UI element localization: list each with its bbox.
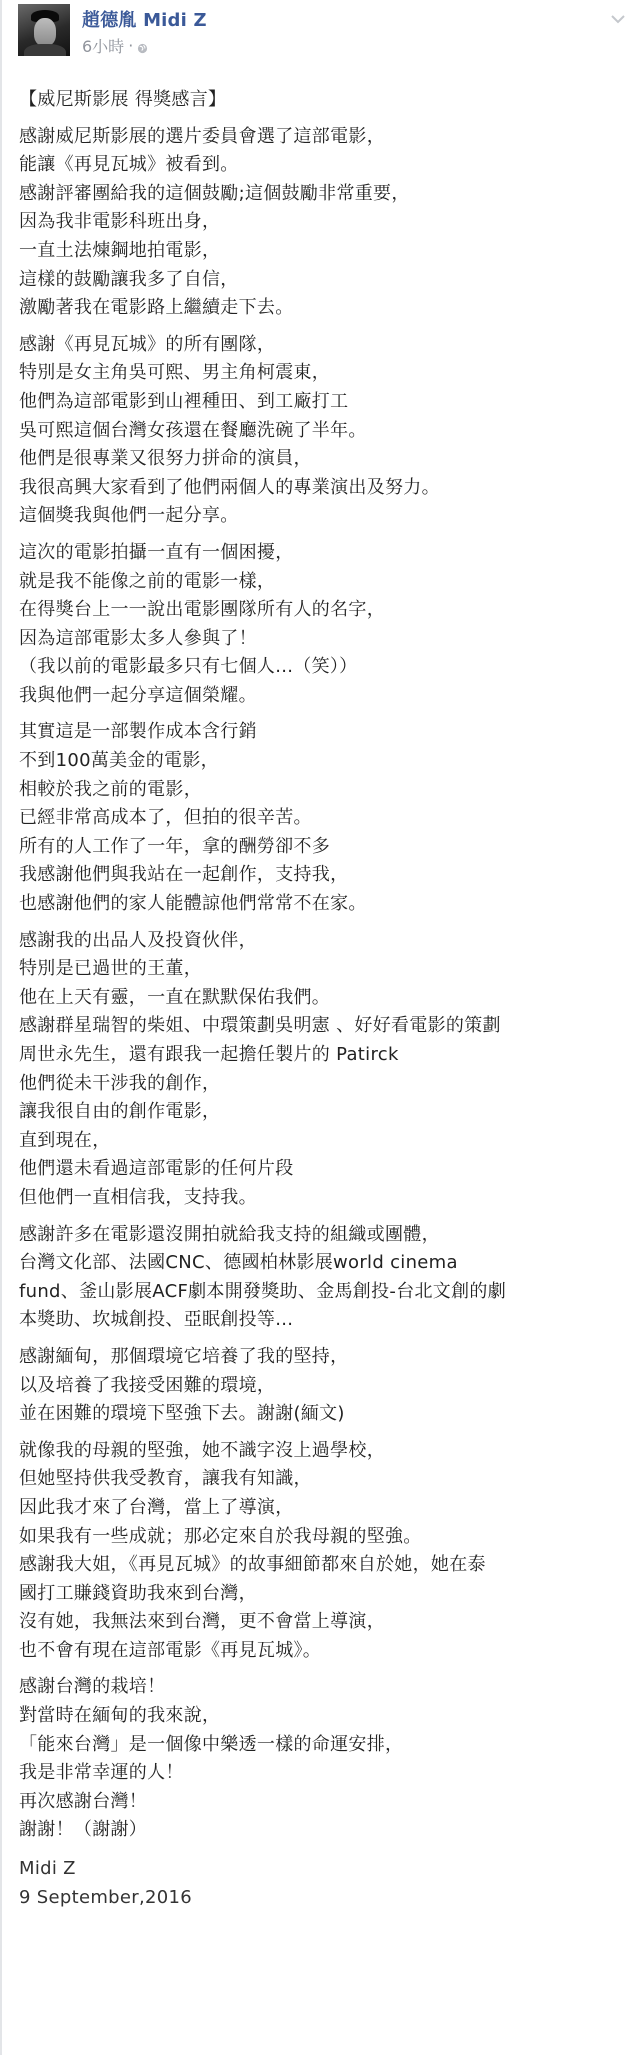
chevron-down-icon[interactable] (610, 10, 626, 22)
post-paragraph: 這次的電影拍攝一直有一個困擾，就是我不能像之前的電影一樣，在得獎台上一一說出電影… (19, 539, 629, 711)
post-text-line: 因為我非電影科班出身， (19, 208, 629, 237)
avatar-body-shape (24, 44, 66, 56)
post-text-line: 特別是已過世的王董， (19, 955, 629, 984)
post-text-line: 感謝台灣的栽培！ (19, 1673, 629, 1702)
post-text-line: 也不會有現在這部電影《再見瓦城》。 (19, 1637, 629, 1666)
post-text-line: 他們是很專業又很努力拼命的演員， (19, 445, 629, 474)
post-text-line: 再次感謝台灣！ (19, 1788, 629, 1817)
post-text-line: 直到現在， (19, 1127, 629, 1156)
post-text-line: 相較於我之前的電影， (19, 776, 629, 805)
signature-name: Midi Z (19, 1855, 629, 1884)
post-body: 【威尼斯影展 得獎感言】 感謝威尼斯影展的選片委員會選了這部電影，能讓《再見瓦城… (19, 86, 629, 1912)
post-text-line: 我很高興大家看到了他們兩個人的專業演出及努力。 (19, 474, 629, 503)
post-text-line: 以及培養了我接受困難的環境， (19, 1372, 629, 1401)
post-text-line: 沒有她，我無法來到台灣，更不會當上導演， (19, 1608, 629, 1637)
post-text-line: 他們從未干涉我的創作， (19, 1070, 629, 1099)
post-text-line: 不到100萬美金的電影， (19, 747, 629, 776)
post-paragraph: 其實這是一部製作成本含行銷不到100萬美金的電影，相較於我之前的電影，已經非常高… (19, 718, 629, 918)
post-text-line: 這次的電影拍攝一直有一個困擾， (19, 539, 629, 568)
post-text-line: （我以前的電影最多只有七個人...（笑）） (19, 653, 629, 682)
post-paragraph: 感謝緬甸，那個環境它培養了我的堅持，以及培養了我接受困難的環境，並在困難的環境下… (19, 1343, 629, 1429)
post-text-line: 其實這是一部製作成本含行銷 (19, 718, 629, 747)
signature-date: 9 September,2016 (19, 1884, 629, 1913)
post-text-line: 感謝威尼斯影展的選片委員會選了這部電影， (19, 123, 629, 152)
post-text-line: 我感謝他們與我站在一起創作，支持我， (19, 861, 629, 890)
author-name-link[interactable]: 趙德胤 Midi Z (82, 6, 207, 32)
post-text-line: 周世永先生，還有跟我一起擔任製片的 Patirck (19, 1041, 629, 1070)
post-text-line: 台灣文化部、法國CNC、德國柏林影展world cinema (19, 1249, 629, 1278)
meta-separator: · (128, 36, 133, 55)
post-text-line: 感謝評審團給我的這個鼓勵;這個鼓勵非常重要， (19, 180, 629, 209)
post-paragraph: 感謝台灣的栽培！對當時在緬甸的我來說，「能來台灣」是一個像中樂透一樣的命運安排，… (19, 1673, 629, 1845)
post-text-line: 但她堅持供我受教育，讓我有知識， (19, 1465, 629, 1494)
post-text-line: 激勵著我在電影路上繼續走下去。 (19, 294, 629, 323)
post-text-line: 吳可熙這個台灣女孩還在餐廳洗碗了半年。 (19, 417, 629, 446)
post-paragraph: 感謝我的出品人及投資伙伴，特別是已過世的王董，他在上天有靈，一直在默默保佑我們。… (19, 927, 629, 1213)
post-text-line: 所有的人工作了一年，拿的酬勞卻不多 (19, 833, 629, 862)
globe-icon[interactable] (137, 39, 148, 50)
post-text-line: 這個獎我與他們一起分享。 (19, 502, 629, 531)
post-text-line: 感謝我的出品人及投資伙伴， (19, 927, 629, 956)
signature: Midi Z 9 September,2016 (19, 1855, 629, 1912)
post-text-line: 感謝《再見瓦城》的所有團隊， (19, 331, 629, 360)
post-text-line: 「能來台灣」是一個像中樂透一樣的命運安排， (19, 1731, 629, 1760)
post-timestamp-link[interactable]: 6小時 (82, 34, 124, 57)
post-text-line: 感謝許多在電影還沒開拍就給我支持的組織或團體， (19, 1221, 629, 1250)
post-text-line: 已經非常高成本了，但拍的很辛苦。 (19, 804, 629, 833)
post-text-line: 謝謝！（謝謝） (19, 1816, 629, 1845)
post-text-line: 就像我的母親的堅強，她不識字沒上過學校， (19, 1437, 629, 1466)
post-paragraph: 感謝《再見瓦城》的所有團隊，特別是女主角吳可熙、男主角柯震東，他們為這部電影到山… (19, 331, 629, 531)
post-text-line: 能讓《再見瓦城》被看到。 (19, 151, 629, 180)
post-text-line: 感謝緬甸，那個環境它培養了我的堅持， (19, 1343, 629, 1372)
post-text-line: 對當時在緬甸的我來說， (19, 1702, 629, 1731)
post-text-line: fund、釜山影展ACF劇本開發獎助、金馬創投-台北文創的劇 (19, 1278, 629, 1307)
post-title-text: 【威尼斯影展 得獎感言】 (19, 86, 629, 115)
post-text-line: 他在上天有靈，一直在默默保佑我們。 (19, 984, 629, 1013)
post-paragraph: 感謝威尼斯影展的選片委員會選了這部電影，能讓《再見瓦城》被看到。感謝評審團給我的… (19, 123, 629, 323)
post-text-line: 並在困難的環境下堅強下去。謝謝(緬文) (19, 1400, 629, 1429)
post-text-line: 因為這部電影太多人參與了！ (19, 625, 629, 654)
post-text-line: 讓我很自由的創作電影， (19, 1098, 629, 1127)
post-text-line: 也感謝他們的家人能體諒他們常常不在家。 (19, 890, 629, 919)
post-title: 【威尼斯影展 得獎感言】 (19, 86, 629, 115)
post-text-line: 我與他們一起分享這個榮耀。 (19, 682, 629, 711)
post-meta: 6小時 · (82, 34, 148, 57)
avatar-face-shape (34, 18, 56, 46)
post-text-line: 一直土法煉鋼地拍電影， (19, 237, 629, 266)
post-text-line: 就是我不能像之前的電影一樣， (19, 568, 629, 597)
post-text-line: 國打工賺錢資助我來到台灣， (19, 1580, 629, 1609)
post-text-line: 他們為這部電影到山裡種田、到工廠打工 (19, 388, 629, 417)
facebook-post: 趙德胤 Midi Z 6小時 · 【威尼斯影展 得獎感言】 感謝威尼斯影展的選片… (0, 0, 640, 2055)
post-text-line: 本獎助、坎城創投、亞眠創投等... (19, 1306, 629, 1335)
post-paragraph: 感謝許多在電影還沒開拍就給我支持的組織或團體，台灣文化部、法國CNC、德國柏林影… (19, 1221, 629, 1335)
post-text-line: 我是非常幸運的人！ (19, 1759, 629, 1788)
avatar[interactable] (18, 4, 70, 56)
post-paragraphs: 感謝威尼斯影展的選片委員會選了這部電影，能讓《再見瓦城》被看到。感謝評審團給我的… (19, 123, 629, 1845)
post-text-line: 如果我有一些成就；那必定來自於我母親的堅強。 (19, 1523, 629, 1552)
post-text-line: 這樣的鼓勵讓我多了自信， (19, 266, 629, 295)
post-text-line: 他們還未看過這部電影的任何片段 (19, 1155, 629, 1184)
post-paragraph: 就像我的母親的堅強，她不識字沒上過學校，但她堅持供我受教育，讓我有知識，因此我才… (19, 1437, 629, 1666)
post-text-line: 但他們一直相信我，支持我。 (19, 1184, 629, 1213)
post-text-line: 感謝群星瑞智的柴姐、中環策劃吳明憲 、好好看電影的策劃 (19, 1012, 629, 1041)
post-text-line: 在得獎台上一一說出電影團隊所有人的名字， (19, 596, 629, 625)
post-text-line: 特別是女主角吳可熙、男主角柯震東， (19, 359, 629, 388)
post-header: 趙德胤 Midi Z 6小時 · (18, 4, 628, 56)
post-text-line: 因此我才來了台灣，當上了導演， (19, 1494, 629, 1523)
post-text-line: 感謝我大姐，《再見瓦城》的故事細節都來自於她，她在泰 (19, 1551, 629, 1580)
